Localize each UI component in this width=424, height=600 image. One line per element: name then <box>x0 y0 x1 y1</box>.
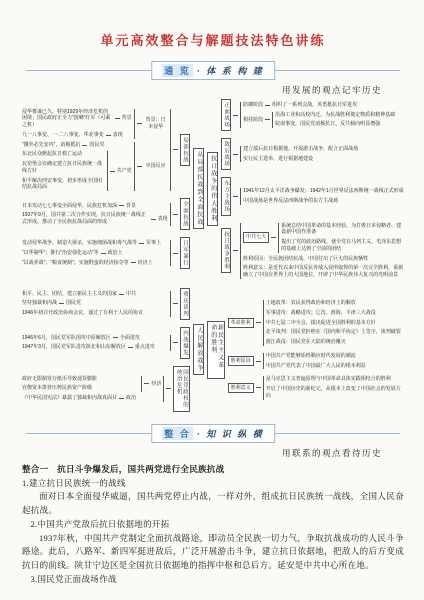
passage: 整合一 抗日斗争爆发后，国共两党进行全民族抗战 1.建立抗日民族统一的战线 面对… <box>22 463 404 587</box>
group-eastern-main-battlefield: 东方主战场 1941年12月太平洋战争爆发；1942年1月世界反法西斯统一战线正… <box>221 177 404 216</box>
map-item-text: 建立敌后抗日根据地，开展游击战争，配合正面战场 <box>243 146 404 153</box>
group-revolution-victory: 革命胜利 土地改革：农民获得政治和经济上的解放 军事进攻：战略进攻；辽沈、淮海、… <box>228 300 404 346</box>
map-item-text: 是马克思主义普遍原理与中国革命具体实践相结合的胜利 <box>266 376 404 383</box>
node-civil-war-outbreak: 内战爆发 <box>180 327 190 359</box>
subgroup-items: “攘外必先安内”，消极抵抗 国民党 东北民众掀起抗日救亡运动 瓦窑堡会议确定建立… <box>22 142 135 192</box>
map-item-tag: 共产党 <box>117 168 132 175</box>
map-item-text: 渡江战役：国民党在大陆的统治覆灭 <box>266 339 404 346</box>
map-item: 1946年6月，国民党军队围攻中原解放区 全面进攻 <box>22 335 168 342</box>
group-items: 是马克思主义普遍原理与中国革命具体实践相结合的胜利 开启了中国历史的新纪元，从根… <box>263 376 404 399</box>
connector <box>166 388 171 389</box>
map-item-tag: 背景 <box>126 203 136 210</box>
connector <box>59 303 64 304</box>
map-item-text: 1947年3月，国民党军队进攻陕北和山东解放区 <box>22 344 126 351</box>
section-note: 用联系的观点看待历史 <box>22 447 382 459</box>
map-item-text: 1937年9月，国共第二次合作实现，抗日民族统一战线正式形成，推动了全民族抗战局… <box>22 212 149 226</box>
cluster-lines: 东北民众掀起抗日救亡运动 瓦窑堡会议确定建立抗日民族统一战线方针 和平解决西安事… <box>22 151 108 191</box>
banner-box: 整 合 · 知 识 纵 横 <box>151 424 275 443</box>
node-full-resistance: 全面抗战 <box>180 198 190 230</box>
map-item: 1937年9月，国共第二次合作实现，抗日民族统一战线正式形成，推动了全民族抗战局… <box>22 212 168 226</box>
map-item: 《中华民国宪法》暴露了独裁和内战真面目 政治 <box>22 395 161 402</box>
map-item-text: 1941年12月太平洋战争爆发；1942年1月世界反法西斯统一战线正式形成 <box>243 188 404 195</box>
section-banner-integration: 整 合 · 知 识 纵 横 <box>22 424 404 442</box>
passage-subheading: 3.国民党正面战场作战 <box>22 573 404 587</box>
node-seventh-congress: 中共七大 <box>243 232 269 243</box>
map-item-text: 中国共产党能够始终顺应时代发展的潮流 <box>266 353 404 360</box>
map-item: 1946年初召开政治协商会议，通过了有利于人民的协议 <box>22 310 168 317</box>
connector <box>110 171 115 172</box>
map-item-tag: 表现 <box>113 132 123 139</box>
map-item-tag: 政治 <box>126 395 136 402</box>
map-item: 防御阶段 组织了一系列会战，英勇抵抗日军进攻 <box>243 102 404 109</box>
connector <box>256 361 261 362</box>
subgroup-japan-invasion: 侵华蓄谋已久，特别1929年经济危机的困境；国民政府正全力“围剿”红军（可乘之机… <box>22 109 168 139</box>
connector <box>131 262 136 263</box>
map-item-text: “以战养战”；“粮食统制”；实施野蛮的经济掠夺等 <box>22 260 129 267</box>
map-item-text: 沿海工业和高校内迁，为抗战胜利奠定物质和精神基础 <box>275 112 404 119</box>
map-item-text: 发动侵华战争，制造大屠杀，实施细菌战和毒气战等 <box>22 240 137 247</box>
cluster-lines: 沿海工业和高校内迁，为抗战胜利奠定物质和精神基础 皖南事变，国民党消极抗日、反共… <box>272 112 404 129</box>
map-item: 和平、民主、团结，建立新民主主义的国家 中共 <box>22 291 168 298</box>
map-item-text: 中共七届二中全会，提出促进全国胜利的基本方针 <box>266 320 404 327</box>
passage-subheading: 1.建立抗日民族统一的战线 <box>22 477 404 491</box>
group-partial-resistance: 侵华蓄谋已久，特别1929年经济危机的困境；国民政府正全力“围剿”红军（可乘之机… <box>22 109 190 192</box>
section-note: 用发展的观点记牢历史 <box>22 84 382 96</box>
spine-liberation-war: 人民解放战争 <box>193 324 204 375</box>
connector <box>144 383 149 384</box>
map-item-text: 侵华蓄谋已久，特别1929年经济危机的困境；国民政府正全力“围剿”红军（可乘之机… <box>22 109 113 129</box>
connector <box>256 322 261 323</box>
group-victory-reasons: 胜利原因 中国共产党能够始终顺应时代发展的潮流 中国共产党代表了中国最广大人民的… <box>228 353 404 370</box>
map-item-tag: 国民党 <box>66 300 81 307</box>
group-items: 日本发动七七事变全面侵华，民族危机加深 背景 1937年9月，国共第二次合作实现… <box>22 203 171 226</box>
map-item-text: 军事进攻：战略进攻；辽沈、淮海、平津三大战役 <box>266 310 404 317</box>
connector <box>173 253 178 254</box>
map-item: “以华制华”；推行“治安强化运动”等 政治上 <box>22 250 168 257</box>
connector <box>173 303 178 304</box>
node-kmt-crisis: 国民党政权的统治危机 <box>173 366 190 412</box>
map-item-text: 九一八事变、一·二八事变、华北事变 <box>22 132 104 139</box>
map-item-tag: 重点进攻 <box>135 344 155 351</box>
group-civil-war-outbreak: 1946年6月，国民党军队围攻中原解放区 全面进攻 1947年3月，国民党军队进… <box>22 327 190 359</box>
map-spine-top: 从局部抗战到全面抗战 抗日战争的伟大胜利 <box>193 148 218 229</box>
page-title: 单元高效整合与解题技法特色讲练 <box>22 30 404 49</box>
map-item-text: 中国共产党代表了中国最广大人民的根本利益 <box>266 363 404 370</box>
banner-badge: 通 览 <box>162 64 193 77</box>
map-item-tag: 政治上 <box>108 250 123 257</box>
map-item-text: 东北民众掀起抗日救亡运动 <box>22 151 105 158</box>
map-item-tag: 背景 <box>122 115 132 122</box>
connector <box>173 149 178 150</box>
map-item-text: 官僚资本排挤压榨民族资产阶级 <box>22 385 139 392</box>
subgroup-items: 侵华蓄谋已久，特别1929年经济危机的困境；国民政府正全力“围剿”红军（可乘之机… <box>22 109 135 139</box>
group-items: 侵华蓄谋已久，特别1929年经济危机的困境；国民政府正全力“围剿”红军（可乘之机… <box>22 109 171 192</box>
map-item-text: “以华制华”；推行“治安强化运动”等 <box>22 250 99 257</box>
node-chongqing-negotiation: 重庆谈判 <box>180 288 190 320</box>
group-war-victory: 抗日战争胜利 中共七大 系统总结中国革命的基本经验，为打败日本侵略者、建设新中国… <box>221 223 404 279</box>
map-item-text: 组织了一系列会战，英勇抵抗日军进攻 <box>272 102 357 109</box>
passage-paragraph: 1937年秋，中国共产党制定全面抗战路途，即动员全民族一切力气，争取抗战成功的人… <box>22 532 404 573</box>
node-victory-significance: 胜利意义 <box>228 383 254 394</box>
map-spine-bottom: 人民解放战争 新民主主义革命的胜利 <box>193 321 225 379</box>
map-item-text: 《中华民国宪法》暴露了独裁和内战真面目 <box>22 395 117 402</box>
group-items: 1946年6月，国民党军队围攻中原解放区 全面进攻 1947年3月，国民党军队进… <box>22 335 171 352</box>
group-items: 防御阶段 组织了一系列会战，英勇抵抗日军进攻 相持阶段 沿海工业和高校内迁，为抗… <box>240 102 404 128</box>
map-row-liberation-war: 和平、民主、团结，建立新民主主义的国家 中共 坚持独裁和内战 国民党 1946年… <box>22 288 404 412</box>
map-item: 坚持独裁和内战 国民党 <box>22 300 168 307</box>
node-eastern-main-battlefield: 东方主战场 <box>221 177 231 216</box>
map-item-tag: 经济 <box>151 381 161 388</box>
banner-badge: 整 合 <box>162 427 193 440</box>
map-item-cluster: 东北民众掀起抗日救亡运动 瓦窑堡会议确定建立抗日民族统一战线方针 和平解决西安事… <box>22 151 132 191</box>
node-atrocities: 日军暴行 <box>180 237 190 269</box>
banner-box: 通 览 · 体 系 构 建 <box>151 61 275 80</box>
group-rear-battlefield: 敌后战场 建立敌后抗日根据地，开展游击战争，配合正面战场 实行民主选举，进行根据… <box>221 138 404 170</box>
section-banner-overview: 通 览 · 体 系 构 建 <box>22 61 404 79</box>
map-item-text: 1946年初召开政治协商会议，通过了有利于人民的协议 <box>22 310 143 317</box>
cluster-lines: 系统总结中国革命的基本经验，为打败日本侵略者、建设新中国作准备 提出了党的政治路… <box>278 223 404 253</box>
subgroup-china-response: “攘外必先安内”，消极抵抗 国民党 东北民众掀起抗日救亡运动 瓦窑堡会议确定建立… <box>22 142 168 192</box>
map-item-text: 系统总结中国革命的基本经验，为打败日本侵略者、建设新中国作准备 <box>281 223 404 237</box>
connector <box>233 154 238 155</box>
group-chongqing-negotiation: 和平、民主、团结，建立新民主主义的国家 中共 坚持独裁和内战 国民党 1946年… <box>22 288 190 320</box>
group-items: 土地改革：农民获得政治和经济上的解放 军事进攻：战略进攻；辽沈、淮海、平津三大战… <box>263 300 404 346</box>
connector <box>265 119 270 120</box>
map-item-text: 日本发动七七事变全面侵华，民族危机加深 <box>22 203 117 210</box>
passage-subheading: 2.中国共产党敌后抗日依据地的开拓 <box>22 518 404 532</box>
map-item-tag: 全面进攻 <box>120 335 140 342</box>
map-item-tag: 中共 <box>126 291 136 298</box>
connector <box>119 294 124 295</box>
banner-label: · 体 系 构 建 <box>197 64 264 77</box>
map-item-cluster: 相持阶段 沿海工业和高校内迁，为抗战胜利奠定物质和精神基础 皖南事变，国民党消极… <box>243 112 404 129</box>
connector <box>82 145 87 146</box>
connector <box>173 342 178 343</box>
group-items: 中共七大 系统总结中国革命的基本经验，为打败日本侵略者、建设新中国作准备 提出了… <box>240 223 404 279</box>
map-item-text: 实行民主选举，进行根据地建设 <box>243 156 404 163</box>
map-item-text: 中国战场是世界反法西斯战争的东方主战场 <box>243 198 404 205</box>
group-items: 建立敌后抗日根据地，开展游击战争，配合正面战场 实行民主选举，进行根据地建设 <box>240 146 404 163</box>
textbook-page: 单元高效整合与解题技法特色讲练 通 览 · 体 系 构 建 用发展的观点记牢历史… <box>0 0 424 600</box>
group-items: 发动侵华战争，制造大屠杀，实施细菌战和毒气战等 军事上 “以华制华”；推行“治安… <box>22 240 171 266</box>
map-item: 1947年3月，国民党军队进攻陕北和山东解放区 重点进攻 <box>22 344 168 351</box>
subgroup-label: 中国反应 <box>144 163 168 170</box>
map-item-text: 皖南事变，国民党消极抗日、反共倾向明显增强 <box>275 121 404 128</box>
group-victory-significance: 胜利意义 是马克思主义普遍原理与中国革命具体实践相结合的胜利 开启了中国历史的新… <box>228 376 404 399</box>
passage-heading: 整合一 抗日斗争爆发后，国共两党进行全民族抗战 <box>22 463 404 477</box>
group-full-resistance: 日本发动七七事变全面侵华，民族危机加深 背景 1937年9月，国共第二次合作实现… <box>22 198 190 230</box>
map-item-text: 和平、民主、团结，建立新民主主义的国家 <box>22 291 117 298</box>
map-item-text: “攘外必先安内”，消极抵抗 <box>22 142 80 149</box>
map-item: 日本发动七七事变全面侵华，民族危机加深 背景 <box>22 203 168 210</box>
connector <box>151 219 156 220</box>
map-item-text: 和平解决西安事变，初步形成全国团结抗战局面 <box>22 178 105 192</box>
group-atrocities: 发动侵华战争，制造大屠杀，实施细菌战和毒气战等 军事上 “以华制华”；推行“治安… <box>22 237 190 269</box>
map-right-column: 革命胜利 土地改革：农民获得政治和经济上的解放 军事进攻：战略进攻；辽沈、淮海、… <box>228 300 404 400</box>
node-rear-battlefield: 敌后战场 <box>221 138 231 170</box>
connector <box>173 214 178 215</box>
map-item-tag: 表现 <box>158 216 168 223</box>
map-left-column: 侵华蓄谋已久，特别1929年经济危机的困境；国民政府正全力“围剿”红军（可乘之机… <box>22 109 190 270</box>
spine-new-democratic-victory: 新民主主义革命的胜利 <box>207 321 225 379</box>
connector <box>113 337 118 338</box>
connector <box>233 250 238 251</box>
node-victory-reasons: 胜利原因 <box>228 356 254 367</box>
spine-great-victory: 抗日战争的伟大胜利 <box>207 152 218 226</box>
map-item: 九一八事变、一·二八事变、华北事变 表现 <box>22 132 132 139</box>
map-item-text: 1946年6月，国民党军队围攻中原解放区 <box>22 335 111 342</box>
map-item: “攘外必先安内”，消极抵抗 国民党 <box>22 142 132 149</box>
map-item-text: 瓦窑堡会议确定建立抗日民族统一战线方针 <box>22 161 105 175</box>
map-row-resistance-war: 侵华蓄谋已久，特别1929年经济危机的困境；国民政府正全力“围剿”红军（可乘之机… <box>22 99 404 279</box>
connector <box>128 347 133 348</box>
map-item-tag: 相持阶段 <box>243 117 263 124</box>
map-item-text: 坚持独裁和内战 <box>22 300 57 307</box>
map-item-tag: 经济上 <box>138 260 153 267</box>
connector <box>139 243 144 244</box>
map-item-cluster: 政府无限制发行纸币导致通货膨胀 官僚资本排挤压榨民族资产阶级 经济 <box>22 376 161 393</box>
map-item-tag: 军事上 <box>146 240 161 247</box>
connector <box>271 237 276 238</box>
map-item-tag: 国民党 <box>89 142 104 149</box>
connector <box>101 253 106 254</box>
group-kmt-crisis: 政府无限制发行纸币导致通货膨胀 官僚资本排挤压榨民族资产阶级 经济 《中华民国宪… <box>22 366 190 412</box>
map-right-column: 正面战场 防御阶段 组织了一系列会战，英勇抵抗日军进攻 相持阶段 沿海工 <box>221 99 404 279</box>
subgroup-label: 背景：日本侵华 <box>144 117 168 131</box>
node-frontal-battlefield: 正面战场 <box>221 99 231 131</box>
map-item-text: 提出了党的政治路线，使全党在马列主义、毛泽东思想的基础上达到了空前的团结 <box>281 239 404 253</box>
map-item-cluster: 中共七大 系统总结中国革命的基本经验，为打败日本侵略者、建设新中国作准备 提出了… <box>243 223 404 253</box>
map-item: “以战养战”；“粮食统制”；实施野蛮的经济掠夺等 经济上 <box>22 260 168 267</box>
node-war-victory: 抗日战争胜利 <box>221 228 231 273</box>
mind-map: 侵华蓄谋已久，特别1929年经济危机的困境；国民政府正全力“围剿”红军（可乘之机… <box>22 99 404 412</box>
passage-paragraph: 面对日本全面侵华威逼，国共两党停止内战，一样对外，组成抗日民族统一战线，全国人民… <box>22 490 404 518</box>
connector <box>119 398 124 399</box>
group-items: 和平、民主、团结，建立新民主主义的国家 中共 坚持独裁和内战 国民党 1946年… <box>22 291 171 317</box>
cluster-lines: 政府无限制发行纸币导致通货膨胀 官僚资本排挤压榨民族资产阶级 <box>22 376 142 393</box>
map-item: 侵华蓄谋已久，特别1929年经济危机的困境；国民政府正全力“围剿”红军（可乘之机… <box>22 109 132 129</box>
map-item-text: 北平谈判：国民党拒绝在《国内和平协定》上签字，谈判破裂 <box>266 329 404 336</box>
connector <box>265 105 270 106</box>
map-item-text: 胜利意义：是近代以来中国反抗外敌入侵所取得的第一次完全胜利，重新确立了中国在世界… <box>243 265 404 279</box>
group-frontal-battlefield: 正面战场 防御阶段 组织了一系列会战，英勇抵抗日军进攻 相持阶段 沿海工 <box>221 99 404 131</box>
connector <box>233 196 238 197</box>
connector <box>137 123 142 124</box>
map-item-text: 胜利原因：全民族团结抗战，中国付出了巨大的民族牺牲 <box>243 256 404 263</box>
connector <box>233 115 238 116</box>
node-partial-resistance: 局部抗战 <box>180 134 190 166</box>
map-item-text: 政府无限制发行纸币导致通货膨胀 <box>22 376 139 383</box>
map-item-tag: 防御阶段 <box>243 102 263 109</box>
node-revolution-victory: 革命胜利 <box>228 318 254 329</box>
connector <box>256 387 261 388</box>
spine-local-to-full: 从局部抗战到全面抗战 <box>193 148 204 229</box>
connector <box>115 118 120 119</box>
connector <box>137 166 142 167</box>
banner-label: · 知 识 纵 横 <box>197 427 264 440</box>
map-item-text: 开启了中国历史的新纪元，从根本上改变了中国社会的发展方向 <box>266 386 404 400</box>
map-item-text: 土地改革：农民获得政治和经济上的解放 <box>266 300 404 307</box>
map-item: 发动侵华战争，制造大屠杀，实施细菌战和毒气战等 军事上 <box>22 240 168 247</box>
group-items: 中国共产党能够始终顺应时代发展的潮流 中国共产党代表了中国最广大人民的根本利益 <box>263 353 404 370</box>
connector <box>106 135 111 136</box>
group-items: 政府无限制发行纸币导致通货膨胀 官僚资本排挤压榨民族资产阶级 经济 《中华民国宪… <box>22 376 164 402</box>
map-left-column: 和平、民主、团结，建立新民主主义的国家 中共 坚持独裁和内战 国民党 1946年… <box>22 288 190 412</box>
connector <box>119 205 124 206</box>
group-items: 1941年12月太平洋战争爆发；1942年1月世界反法西斯统一战线正式形成 中国… <box>240 188 404 205</box>
